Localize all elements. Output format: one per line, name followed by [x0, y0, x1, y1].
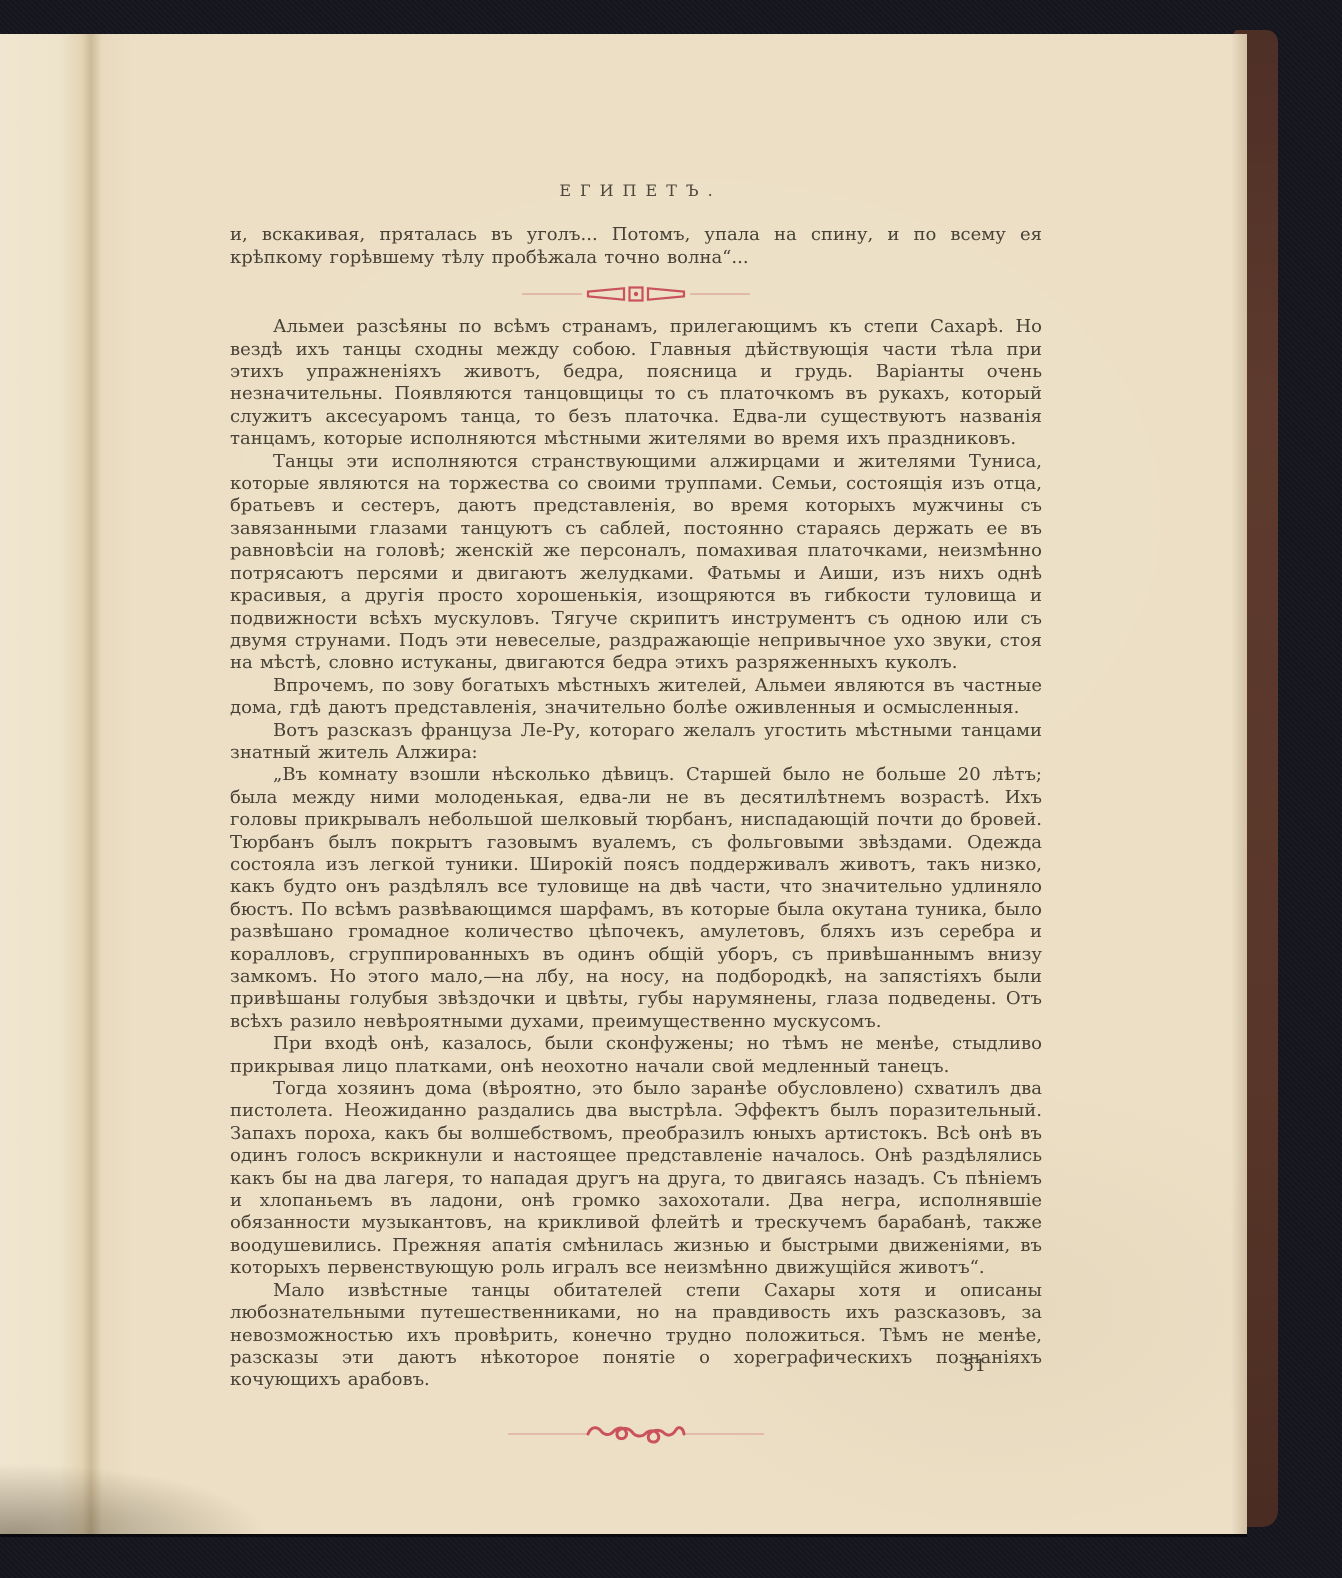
page-content: ЕГИПЕТЪ. и, вскакивая, пряталась въ угол… [230, 180, 1042, 1450]
page-number: 51 [930, 1356, 1020, 1376]
tailpiece-ornament [508, 1416, 764, 1450]
photograph-of-open-book: { "book_page": { "running_header": "ЕГИП… [0, 0, 1342, 1578]
body-paragraph: Впрочемъ, по зову богатыхъ мѣстныхъ жите… [230, 675, 1042, 720]
body-paragraph: Вотъ разсказъ француза Ле-Ру, котораго ж… [230, 720, 1042, 765]
section-divider-ornament [520, 284, 752, 304]
body-paragraph: Мало извѣстные танцы обитателей степи Са… [230, 1280, 1042, 1392]
body-paragraph: Альмеи разсѣяны по всѣмъ странамъ, приле… [230, 316, 1042, 450]
body-paragraph: При входѣ онѣ, казалось, были сконфужены… [230, 1033, 1042, 1078]
book-page: ЕГИПЕТЪ. и, вскакивая, пряталась въ угол… [0, 34, 1247, 1534]
body-paragraph: Тогда хозяинъ дома (вѣроятно, это было з… [230, 1078, 1042, 1280]
body-paragraph: „Въ комнату взошли нѣсколько дѣвицъ. Ста… [230, 764, 1042, 1033]
running-header: ЕГИПЕТЪ. [239, 180, 1042, 202]
body-paragraphs: Альмеи разсѣяны по всѣмъ странамъ, приле… [230, 316, 1042, 1392]
body-paragraph: Танцы эти исполняются странствующими алж… [230, 451, 1042, 675]
carryover-paragraph: и, вскакивая, пряталась въ уголъ... Пото… [230, 224, 1042, 269]
